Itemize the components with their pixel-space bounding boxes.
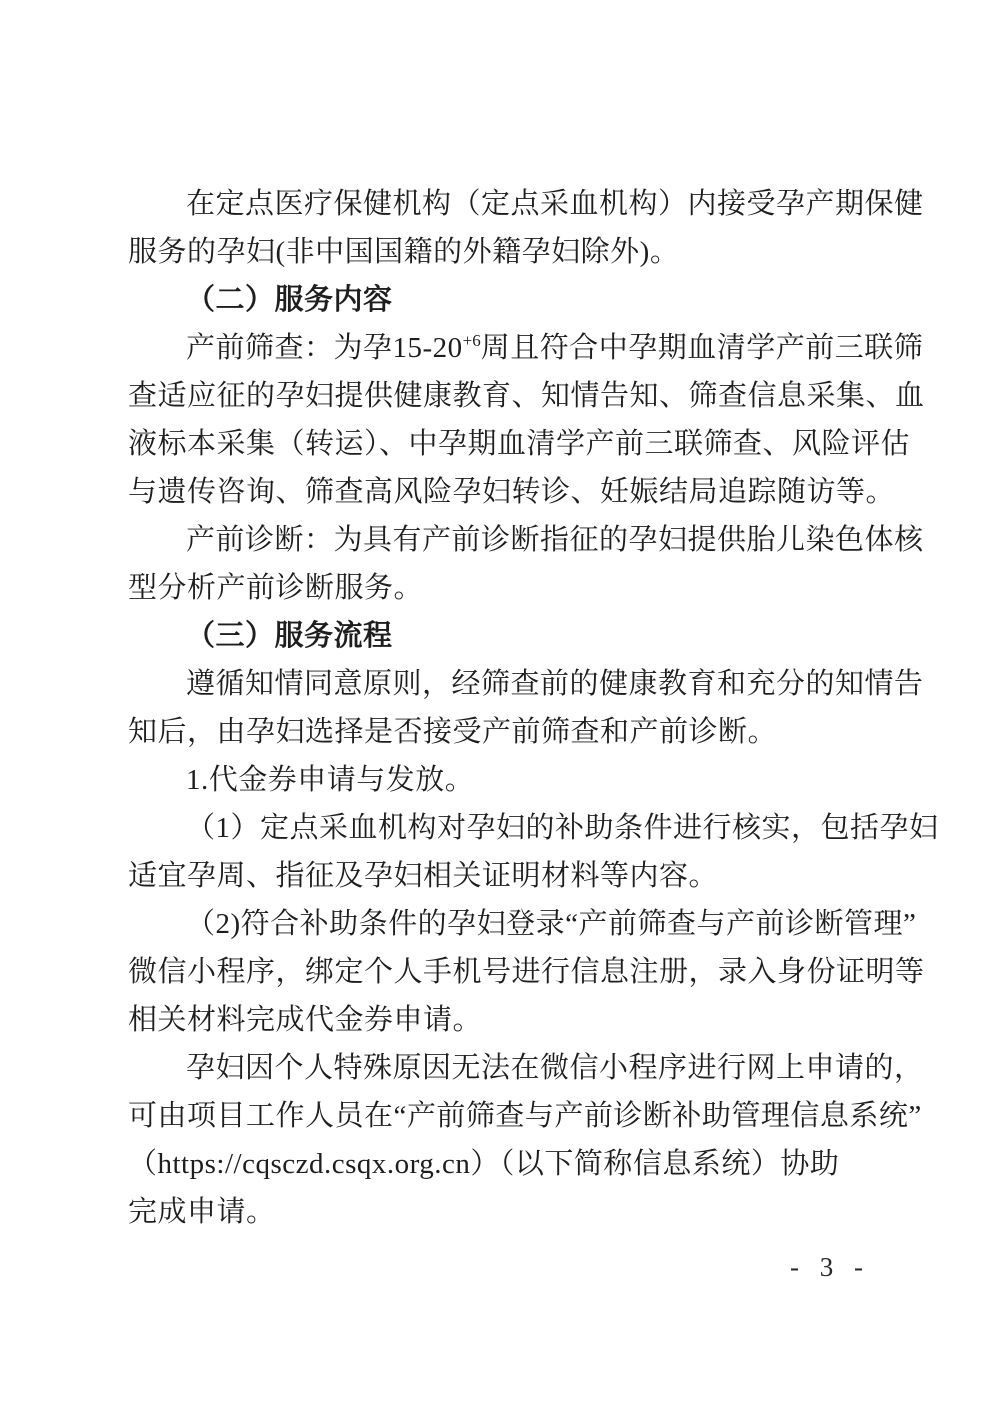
document-line: 遵循知情同意原则，经筛查前的健康教育和充分的知情告 xyxy=(128,660,878,708)
document-line: 查适应征的孕妇提供健康教育、知情告知、筛查信息采集、血 xyxy=(128,372,878,420)
line-text: （三）服务流程 xyxy=(186,620,393,652)
document-line: 产前筛查：为孕15-20+6周且符合中孕期血清学产前三联筛 xyxy=(128,324,878,372)
section-heading: （二）服务内容 xyxy=(128,276,878,324)
page-number: - 3 - xyxy=(790,1252,870,1283)
document-line: （https://cqsczd.csqx.org.cn）（以下简称信息系统）协助 xyxy=(128,1140,878,1188)
line-text: 微信小程序，绑定个人手机号进行信息注册，录入身份证明等 xyxy=(128,956,925,988)
document-line: （1）定点采血机构对孕妇的补助条件进行核实，包括孕妇 xyxy=(128,804,878,852)
document-line: 在定点医疗保健机构（定点采血机构）内接受孕产期保健 xyxy=(128,180,878,228)
document-line: 与遗传咨询、筛查高风险孕妇转诊、妊娠结局追踪随访等。 xyxy=(128,468,878,516)
section-heading: （三）服务流程 xyxy=(128,612,878,660)
document-line: 型分析产前诊断服务。 xyxy=(128,564,878,612)
line-text: 适宜孕周、指征及孕妇相关证明材料等内容。 xyxy=(128,860,718,892)
line-text: 产前诊断：为具有产前诊断指征的孕妇提供胎儿染色体核 xyxy=(186,524,924,556)
line-text: 1.代金券申请与发放。 xyxy=(186,764,474,796)
line-text: 查适应征的孕妇提供健康教育、知情告知、筛查信息采集、血 xyxy=(128,380,925,412)
document-line: 适宜孕周、指征及孕妇相关证明材料等内容。 xyxy=(128,852,878,900)
line-text: 型分析产前诊断服务。 xyxy=(128,572,423,604)
line-text: 知后，由孕妇选择是否接受产前筛查和产前诊断。 xyxy=(128,716,777,748)
document-line: 1.代金券申请与发放。 xyxy=(128,756,878,804)
line-text: （二）服务内容 xyxy=(186,284,393,316)
document-line: 知后，由孕妇选择是否接受产前筛查和产前诊断。 xyxy=(128,708,878,756)
line-text: 完成申请。 xyxy=(128,1196,276,1228)
document-line: 完成申请。 xyxy=(128,1188,878,1236)
document-line: （2)符合补助条件的孕妇登录“产前筛查与产前诊断管理” xyxy=(128,900,878,948)
line-text: （https://cqsczd.csqx.org.cn）（以下简称信息系统）协助 xyxy=(128,1148,839,1180)
document-line: 可由项目工作人员在“产前筛查与产前诊断补助管理信息系统” xyxy=(128,1092,878,1140)
line-text: 服务的孕妇(非中国国籍的外籍孕妇除外)。 xyxy=(128,236,679,268)
document-line: 微信小程序，绑定个人手机号进行信息注册，录入身份证明等 xyxy=(128,948,878,996)
document-line: 相关材料完成代金券申请。 xyxy=(128,996,878,1044)
line-text: 周且符合中孕期血清学产前三联筛 xyxy=(481,332,924,364)
document-line: 服务的孕妇(非中国国籍的外籍孕妇除外)。 xyxy=(128,228,878,276)
line-text: 液标本采集（转运）、中孕期血清学产前三联筛查、风险评估 xyxy=(128,428,910,460)
line-text: 孕妇因个人特殊原因无法在微信小程序进行网上申请的， xyxy=(186,1052,924,1084)
line-text: 在定点医疗保健机构（定点采血机构）内接受孕产期保健 xyxy=(186,188,924,220)
line-text: 可由项目工作人员在“产前筛查与产前诊断补助管理信息系统” xyxy=(128,1100,922,1132)
superscript-gestational-weeks: +6 xyxy=(463,331,481,350)
line-text: 与遗传咨询、筛查高风险孕妇转诊、妊娠结局追踪随访等。 xyxy=(128,476,895,508)
line-text: 产前筛查：为孕15-20 xyxy=(186,332,463,364)
document-line: 产前诊断：为具有产前诊断指征的孕妇提供胎儿染色体核 xyxy=(128,516,878,564)
document-line: 孕妇因个人特殊原因无法在微信小程序进行网上申请的， xyxy=(128,1044,878,1092)
text-block: 在定点医疗保健机构（定点采血机构）内接受孕产期保健服务的孕妇(非中国国籍的外籍孕… xyxy=(128,180,878,1236)
line-text: 相关材料完成代金券申请。 xyxy=(128,1004,482,1036)
line-text: （2)符合补助条件的孕妇登录“产前筛查与产前诊断管理” xyxy=(186,908,916,940)
document-line: 液标本采集（转运）、中孕期血清学产前三联筛查、风险评估 xyxy=(128,420,878,468)
document-page: 在定点医疗保健机构（定点采血机构）内接受孕产期保健服务的孕妇(非中国国籍的外籍孕… xyxy=(0,0,1000,1414)
line-text: （1）定点采血机构对孕妇的补助条件进行核实，包括孕妇 xyxy=(186,812,939,844)
line-text: 遵循知情同意原则，经筛查前的健康教育和充分的知情告 xyxy=(186,668,924,700)
